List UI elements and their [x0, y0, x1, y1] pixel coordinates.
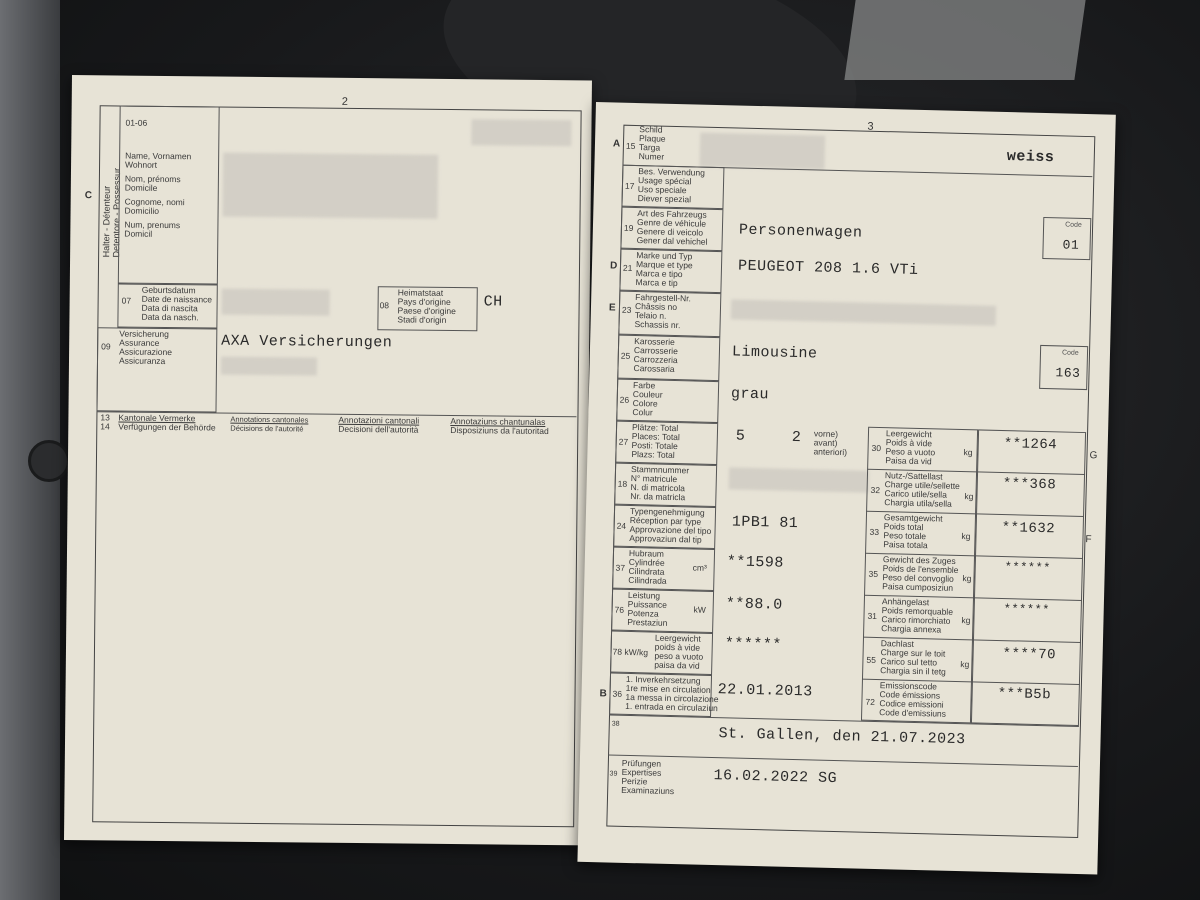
field-72-number: 72: [865, 697, 875, 707]
train-weight-value: ******: [1005, 560, 1052, 575]
field-35-unit: kg: [962, 573, 971, 583]
field-01-06-label: Name, VornamenWohnort Nom, prénomsDomici…: [124, 152, 191, 240]
field-31-number: 31: [867, 611, 877, 621]
screw-icon: [28, 440, 70, 482]
field-55-number: 55: [866, 655, 876, 665]
towing-weight-value: ******: [1004, 602, 1051, 617]
field-15-number: 15: [626, 141, 636, 151]
body-type-value: Limousine: [732, 343, 818, 362]
vehicle-type-code: 01: [1062, 237, 1079, 252]
field-32-number: 32: [870, 485, 880, 495]
page-number: 2: [342, 96, 348, 108]
field-38-number: 38: [612, 721, 620, 728]
field-33-unit: kg: [961, 531, 970, 541]
field-26-number: 26: [620, 395, 630, 405]
field-19-label: Art des FahrzeugsGenre de véhiculeGenere…: [637, 209, 709, 247]
document-page-left: 2 C Halter - Détenteur Detentore - Posse…: [64, 75, 592, 845]
field-36-number: 36: [612, 689, 622, 699]
seats-total-value: 5: [736, 428, 746, 445]
annotations-fr: Annotations cantonalesDécisions de l'aut…: [230, 415, 308, 434]
roof-load-value: ****70: [1002, 646, 1056, 663]
field-33-number: 33: [869, 527, 879, 537]
field-35-label: Gewicht des ZugesPoids de l'ensemblePeso…: [882, 555, 959, 593]
field-31-label: AnhängelastPoids remorquableCarico rimor…: [881, 597, 953, 635]
empty-weight-value: **1264: [1004, 436, 1058, 453]
field-76-unit: kW: [694, 605, 707, 615]
field-37-unit: cm³: [693, 563, 707, 573]
annotations-it: Annotazioni cantonaliDecisioni dell'auto…: [338, 416, 419, 435]
field-31-unit: kg: [961, 615, 970, 625]
payload-value: ***368: [1003, 476, 1057, 493]
field-26-label: FarbeCouleurColoreColur: [632, 381, 663, 418]
field-18-label: StammnummerN° matriculeN. di matricolaNr…: [630, 465, 689, 502]
side-letter-g: G: [1089, 450, 1097, 461]
field-35-number: 35: [868, 569, 878, 579]
plate-color-value: weiss: [1007, 148, 1055, 166]
field-23-number: 23: [622, 305, 632, 315]
field-07-number: 07: [122, 296, 132, 306]
redacted-field: [471, 119, 571, 146]
field-23-label: Fahrgestell-Nr.Châssis noTelaio n.Schass…: [634, 293, 691, 330]
field-24-number: 24: [617, 521, 627, 531]
inspection-value: 16.02.2022 SG: [713, 767, 837, 787]
side-letter-e: E: [609, 302, 616, 313]
field-01-06-number: 01-06: [125, 118, 147, 128]
section-letter-c: C: [85, 190, 92, 201]
plate-number-redacted: [699, 133, 825, 170]
field-30-number: 30: [872, 443, 882, 453]
insurance-policy-redacted: [221, 357, 317, 376]
field-30-unit: kg: [963, 447, 972, 457]
field-27-number: 27: [619, 437, 629, 447]
total-weight-value: **1632: [1002, 520, 1056, 537]
field-72-label: EmissionscodeCode émissionsCodice emissi…: [879, 681, 947, 719]
registry-number-redacted: [729, 467, 869, 492]
field-36-label: 1. Inverkehrsetzung1re mise en circulati…: [625, 675, 719, 713]
field-17-label: Bes. VerwendungUsage spécialUso speciale…: [638, 167, 706, 205]
body-type-code: 163: [1055, 365, 1080, 381]
birthdate-redacted: [221, 289, 329, 316]
annotations-de: Kantonale VermerkeVerfügungen der Behörd…: [118, 414, 216, 433]
code-label: Code: [1062, 349, 1079, 356]
field-55-label: DachlastCharge sur le toitCarico sul tet…: [880, 639, 947, 677]
type-approval-value: 1PB1 81: [732, 513, 799, 532]
field-08-value: CH: [484, 293, 503, 310]
field-27-label: Plätze: TotalPlaces: TotalPosti: TotaleP…: [631, 423, 716, 461]
field-09-label: VersicherungAssuranceAssicurazioneAssicu…: [119, 330, 172, 367]
field-76-number: 76: [614, 605, 624, 615]
first-registration-value: 22.01.2013: [717, 681, 812, 700]
field-39-number: 39: [609, 771, 617, 778]
field-15-label: SchildPlaqueTargaNumer: [639, 125, 666, 162]
field-55-unit: kg: [960, 659, 969, 669]
field-07-label: GeburtsdatumDate de naissanceData di nas…: [141, 286, 212, 323]
field-76-label: LeistungPuissancePotenzaPrestaziun: [627, 591, 668, 628]
field-19-number: 19: [624, 223, 634, 233]
vehicle-type-value: Personenwagen: [739, 222, 863, 242]
side-letter-d: D: [610, 260, 618, 271]
power-value: **88.0: [726, 595, 783, 613]
annotations-rm: Annotaziuns chantunalasDisposiziuns da l…: [450, 417, 549, 436]
side-letter-f: F: [1085, 534, 1091, 545]
field-21-label: Marke und TypMarque et typeMarca e tipoM…: [635, 251, 693, 288]
document-page-right: 3 A 15 SchildPlaqueTargaNumer weiss 17 B…: [577, 102, 1115, 874]
field-24-label: TypengenehmigungRéception par typeApprov…: [629, 507, 712, 545]
field-32-unit: kg: [964, 491, 973, 501]
field-21-number: 21: [623, 263, 633, 273]
emission-code-value: ***B5b: [997, 686, 1051, 703]
field-37-label: HubraumCylindréeCilindrataCilindrada: [628, 549, 667, 586]
field-18-number: 18: [618, 479, 628, 489]
field-78-number: 78 kW/kg: [612, 647, 648, 658]
color-value: grau: [731, 385, 769, 403]
side-letter-b: B: [599, 688, 607, 699]
field-33-label: GesamtgewichtPoids totalPeso totalePaisa…: [883, 513, 942, 550]
power-weight-value: ******: [725, 635, 782, 653]
background-sticker: [844, 0, 1085, 80]
field-78-label: Leergewichtpoids à videpeso a vuotopaisa…: [654, 634, 704, 671]
seats-front-value: 2: [792, 429, 802, 446]
field-25-number: 25: [621, 351, 631, 361]
field-08-number: 08: [380, 300, 390, 310]
field-25-label: KarosserieCarrosserieCarrozzeriaCarossar…: [633, 337, 678, 374]
field-37-number: 37: [616, 563, 626, 573]
field-09-number: 09: [101, 341, 111, 351]
seats-front-label: vorne)avant)anteriori): [813, 429, 847, 457]
displacement-value: **1598: [727, 553, 784, 571]
field-32-label: Nutz-/SattellastCharge utile/selletteCar…: [884, 471, 960, 509]
insurance-value: AXA Versicherungen: [221, 333, 392, 352]
field-13-14-number: 1314: [100, 413, 110, 431]
code-label: Code: [1065, 221, 1082, 228]
field-30-label: LeergewichtPoids à videPeso a vuotoPaisa…: [885, 429, 935, 466]
field-17-number: 17: [625, 181, 635, 191]
field-39-label: PrüfungenExpertisesPerizieExaminaziuns: [621, 759, 675, 796]
holder-name-redacted: [223, 153, 439, 219]
field-08-label: HeimatstaatPays d'originePaese d'origine…: [397, 288, 456, 325]
side-letter-a: A: [613, 138, 621, 149]
